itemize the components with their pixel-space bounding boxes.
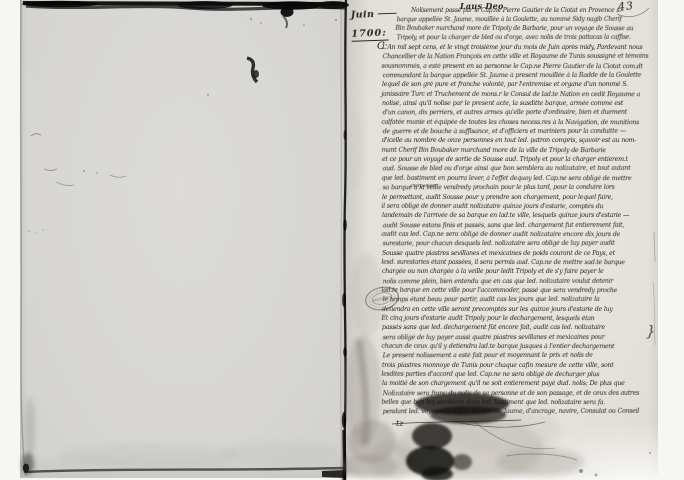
manuscript-line: sera obligé de luy payer aussi quatre pi… xyxy=(383,332,657,342)
manuscript-line: il sera obligé de donner audit nolizatai… xyxy=(381,202,655,212)
manuscript-line: Nolisement passé par le Cap.ne Pierre Ga… xyxy=(396,6,652,15)
manuscript-line: Le present nolissement a esté fait pour … xyxy=(383,351,657,361)
manuscript-line: lesd. surestaries étant passées, il sera… xyxy=(381,258,655,268)
manuscript-scan: Juin 1700: Laus Deo 43 Nolisement passé … xyxy=(0,0,684,480)
right-manuscript-page: Juin 1700: Laus Deo 43 Nolisement passé … xyxy=(346,0,658,480)
manuscript-line: chargée ou non chargée à la veille pour … xyxy=(382,267,656,276)
manuscript-line: audit Sousse estans finis et passés, san… xyxy=(383,220,657,230)
manuscript-line: trois piastres monnoye de Tunis pour cha… xyxy=(382,361,656,370)
page-bottom-fade xyxy=(346,472,658,480)
manuscript-line: lequel de son gré pure et franche volont… xyxy=(382,80,656,89)
manuscript-line: d'un canon, dix perriers, et autres arme… xyxy=(383,108,657,118)
manuscript-line: Tripoly, et pour la charger de bled ou d… xyxy=(397,33,653,43)
left-blank-page xyxy=(20,0,346,478)
manuscript-line: Chancellier de la Nation François en cet… xyxy=(383,52,657,62)
manuscript-line: landemain de l'arrivée de sa barque en l… xyxy=(382,211,656,220)
manuscript-line: janissaire Turc et Truchement de mons.r … xyxy=(381,89,655,99)
closing-paraph: tz xyxy=(396,419,403,428)
manuscript-line: nolis comme plein, bien entendu que en c… xyxy=(383,276,657,286)
stamp-label: ARCHIVES xyxy=(372,295,392,303)
body-block: L'An mil sept cens, et le vingt troisièm… xyxy=(382,43,656,417)
manuscript-line: sousnommés, a esté present en sa personn… xyxy=(381,61,655,71)
margin-date-annotation: Juin 1700: xyxy=(350,1,397,42)
manuscript-line: pendant led. voyage de lad.te barque St.… xyxy=(383,407,657,417)
manuscript-line: le temps étant beau pour partir, audit c… xyxy=(383,295,657,305)
manuscript-line: la moitié de son chargement qu'il ne soi… xyxy=(382,379,656,388)
manuscript-line: aud. Sousse de bled ou d'orge ainsi que … xyxy=(383,164,657,174)
margin-month: Juin xyxy=(351,9,375,21)
manuscript-line: lesdites parties d'accord que led. Cap.n… xyxy=(381,370,655,380)
manuscript-line: mant Cherif Bin Boubaker marchand more d… xyxy=(381,146,655,156)
manuscript-line: le permettant, audit Sousse pour y prend… xyxy=(382,193,656,202)
manuscript-line: detiendra en cette ville seront precompt… xyxy=(382,305,656,314)
date-dash-rule xyxy=(377,13,396,15)
manuscript-line: Sousse quatre piastres sevillanes et mex… xyxy=(382,249,656,258)
manuscript-line: commandant la barque appellée St. Jaume … xyxy=(383,71,657,81)
interline-insertion: chargement xyxy=(410,184,437,189)
summary-block: Nolisement passé par le Cap.ne Pierre Ga… xyxy=(396,6,652,42)
manuscript-line: passés sans que led. dechargement fût en… xyxy=(382,323,656,332)
manuscript-line: de guerre et de bouche à suffisance, et … xyxy=(383,127,657,137)
manuscript-line: Et cinq jours d'estarie audit Tripoly po… xyxy=(381,314,655,324)
manuscript-line: surestarie, pour chacun desquels led. no… xyxy=(383,239,657,249)
margin-brace: } xyxy=(646,322,656,340)
manuscript-line: d'icelle au nombre de onze personnes en … xyxy=(382,136,656,145)
margin-year: 1700: xyxy=(351,27,389,41)
